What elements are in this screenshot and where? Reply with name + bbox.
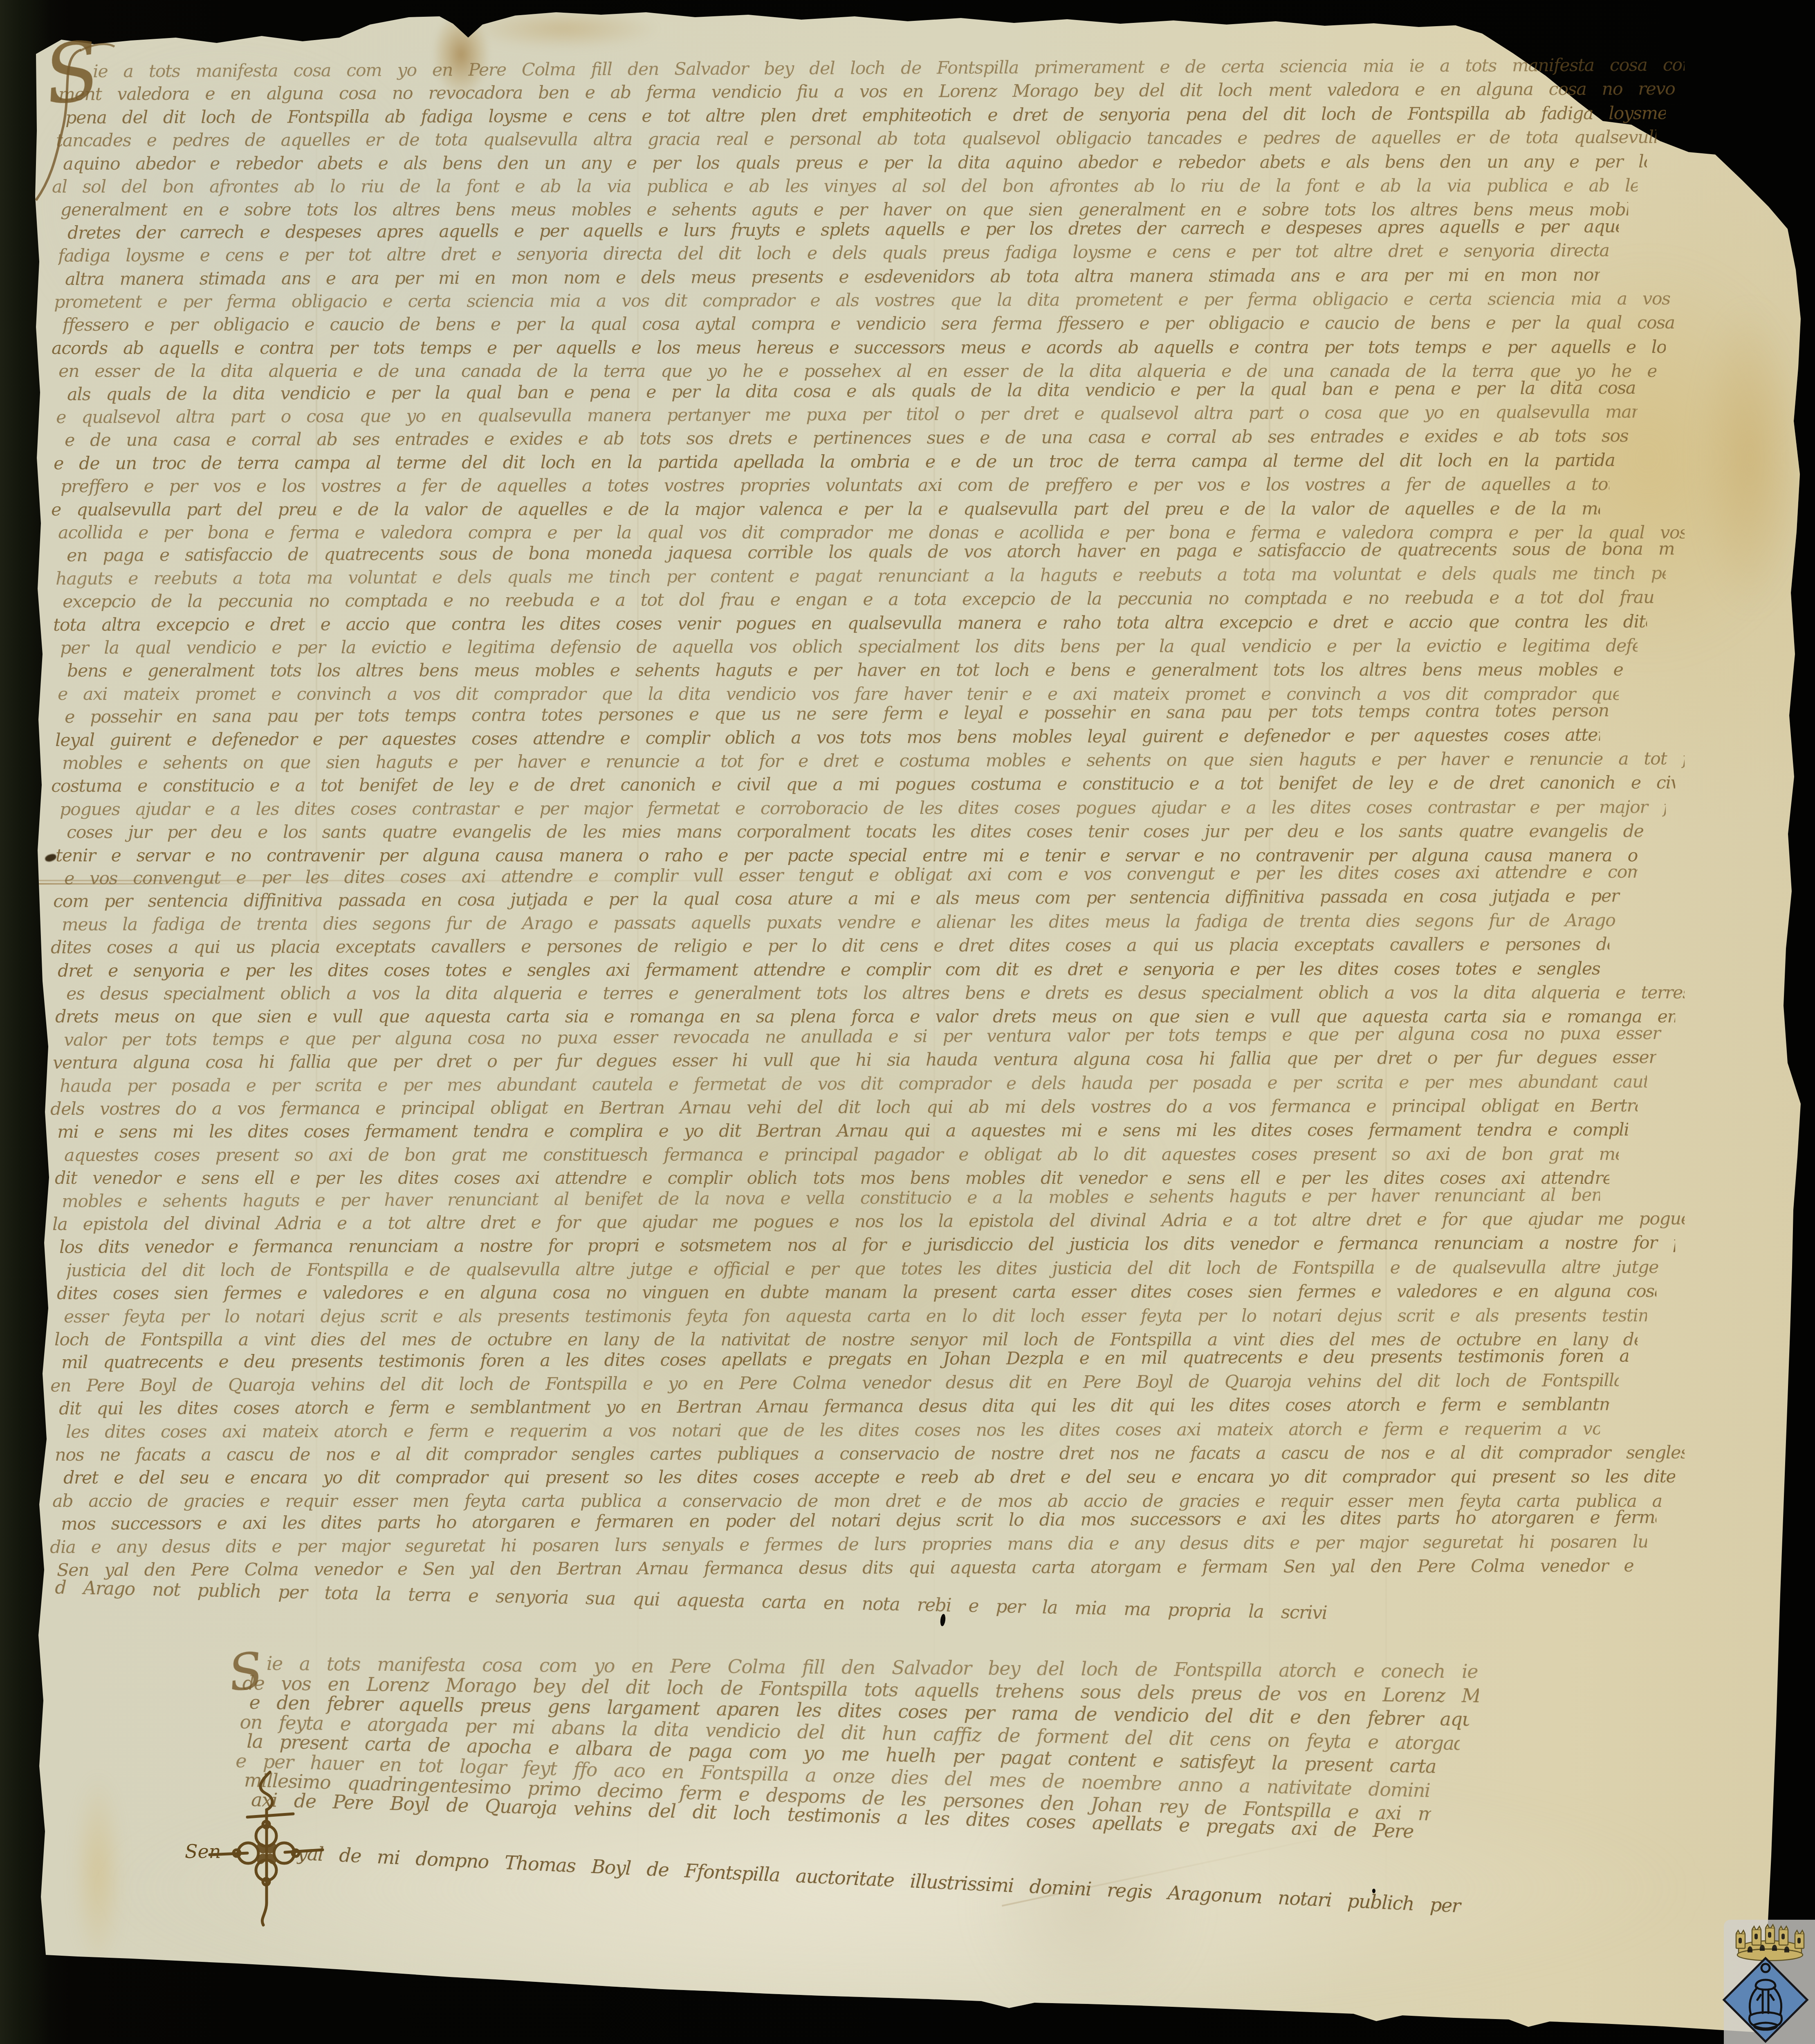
- script-line: dites coses a qui us placia exceptats ca…: [51, 934, 1609, 958]
- script-line: coses jur per deu e los sants quatre eva…: [67, 821, 1656, 843]
- script-line: dret e senyoria e per les dites coses to…: [58, 958, 1600, 981]
- script-line: dels vostres do a vos fermanca e princip…: [50, 1096, 1638, 1119]
- stain: [1697, 303, 1803, 613]
- script-line: altra manera stimada ans e ara per mi en…: [65, 264, 1600, 289]
- script-line: pogues ajudar e a les dites coses contra…: [60, 797, 1666, 819]
- script-line: per la qual vendicio e per la evictio e …: [60, 636, 1638, 658]
- script-line: dret e del seu e encara yo dit comprador…: [63, 1467, 1675, 1488]
- stain: [74, 1774, 123, 1970]
- script-line: bens e generalment tots los altres bens …: [67, 660, 1628, 681]
- script-line: justicia del dit loch de Fontspilla e de…: [66, 1257, 1666, 1281]
- script-line: prometent e per ferma obligacio e certa …: [54, 289, 1685, 312]
- script-line: aquestes coses present so axi de bon gra…: [64, 1144, 1619, 1165]
- sign-label-sen: Sen: [185, 1840, 221, 1862]
- script-line: les dites coses axi mateix atorch e ferm…: [66, 1419, 1600, 1442]
- script-line: es desus specialment oblich a vos la dit…: [66, 982, 1685, 1004]
- script-line: esser feyta per lo notari dejus scrit e …: [64, 1305, 1647, 1327]
- fountain-lozenge-icon: [1721, 1956, 1810, 2044]
- ink-blot: [44, 853, 57, 863]
- script-line: e de un troc de terra campa al terme del…: [54, 450, 1619, 474]
- script-line: tota altra excepcio e dret e accio que c…: [53, 611, 1647, 635]
- script-line: tancades e pedres de aquelles er de tota…: [56, 127, 1656, 151]
- script-line: costuma e constitucio e a tot benifet de…: [51, 773, 1675, 796]
- script-line: acords ab aquells e contra per tots temp…: [52, 337, 1666, 359]
- script-line: preffero e per vos e los vostres a fer d…: [61, 474, 1609, 497]
- script-line: pena del dit loch de Fontspilla ab fadig…: [65, 103, 1666, 128]
- stain: [470, 8, 658, 49]
- script-line: al sol del bon afrontes ab lo riu de la …: [52, 175, 1638, 197]
- script-line: e qualsevulla part del preu e de la valo…: [51, 498, 1600, 520]
- script-line: nos ne facats a cascu de nos e al dit co…: [55, 1442, 1685, 1465]
- script-line: aquino abedor e rebedor abets e als bens…: [63, 151, 1647, 174]
- script-line: hauda per posada e per scrita e per mes …: [60, 1071, 1647, 1096]
- script-line: ffessero e per obligacio e caucio de ben…: [63, 313, 1675, 336]
- script-line: dites coses sien fermes e valedores e en…: [57, 1281, 1656, 1304]
- archive-watermark: [1724, 1920, 1815, 2044]
- scan-background: S ie a tots manifesta cosa com yo en Per…: [0, 0, 1815, 2044]
- script-line: meus la fadiga de trenta dies segons fur…: [62, 910, 1619, 935]
- script-line: mi e sens mi les dites coses fermament t…: [57, 1120, 1628, 1142]
